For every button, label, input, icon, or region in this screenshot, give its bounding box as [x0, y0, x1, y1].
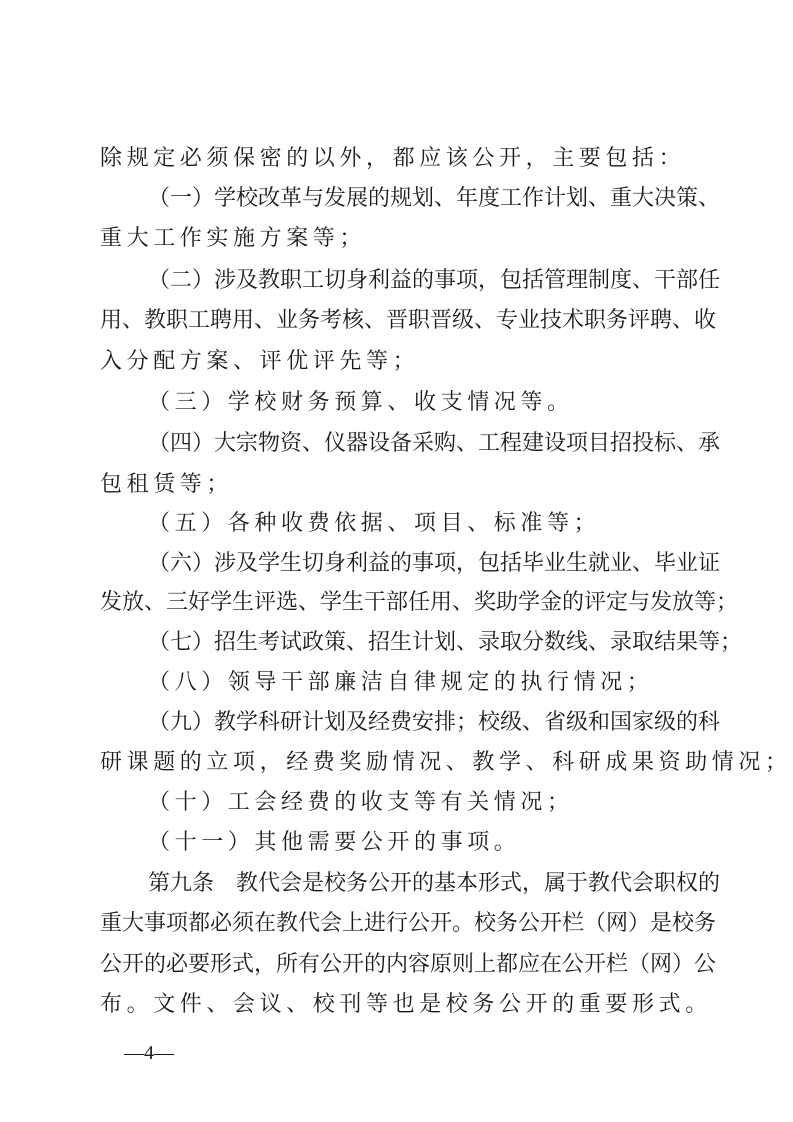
- text-line: （一）学校改革与发展的规划、年度工作计划、重大决策、: [148, 184, 710, 214]
- text-line: （十）工会经费的收支等有关情况；: [148, 788, 710, 818]
- text-line: （五）各种收费依据、项目、标准等；: [148, 509, 710, 539]
- text-line: （九）教学科研计划及经费安排；校级、省级和国家级的科: [148, 708, 710, 738]
- text-line: （八）领导干部廉洁自律规定的执行情况；: [148, 668, 710, 698]
- document-page: 除规定必须保密的以外，都应该公开，主要包括：（一）学校改革与发展的规划、年度工作…: [0, 0, 793, 1122]
- text-line: 入分配方案、评优评先等；: [100, 347, 710, 377]
- text-line: 研课题的立项，经费奖励情况、教学、科研成果资助情况；: [100, 748, 710, 778]
- text-line: 重大事项都必须在教代会上进行公开。校务公开栏（网）是校务: [100, 909, 710, 939]
- text-line: （十一）其他需要公开的事项。: [148, 828, 710, 858]
- text-line: 第九条 教代会是校务公开的基本形式，属于教代会职权的: [148, 869, 710, 899]
- text-line: （七）招生考试政策、招生计划、录取分数线、录取结果等；: [148, 628, 710, 658]
- text-line: 布。文件、会议、校刊等也是校务公开的重要形式。: [100, 990, 710, 1020]
- text-line: （二）涉及教职工切身利益的事项，包括管理制度、干部任: [148, 266, 710, 296]
- text-line: 包租赁等；: [100, 470, 710, 500]
- text-line: 公开的必要形式，所有公开的内容原则上都应在公开栏（网）公: [100, 950, 710, 980]
- text-line: （三）学校财务预算、收支情况等。: [148, 388, 710, 418]
- page-number: —4—: [124, 1039, 174, 1067]
- text-line: （四）大宗物资、仪器设备采购、工程建设项目招投标、承: [148, 429, 710, 459]
- text-line: 除规定必须保密的以外，都应该公开，主要包括：: [100, 144, 710, 174]
- text-line: 重大工作实施方案等；: [100, 224, 710, 254]
- text-line: 用、教职工聘用、业务考核、晋职晋级、专业技术职务评聘、收: [100, 306, 710, 336]
- text-line: （六）涉及学生切身利益的事项，包括毕业生就业、毕业证: [148, 549, 710, 579]
- text-line: 发放、三好学生评选、学生干部任用、奖助学金的评定与发放等；: [100, 588, 710, 618]
